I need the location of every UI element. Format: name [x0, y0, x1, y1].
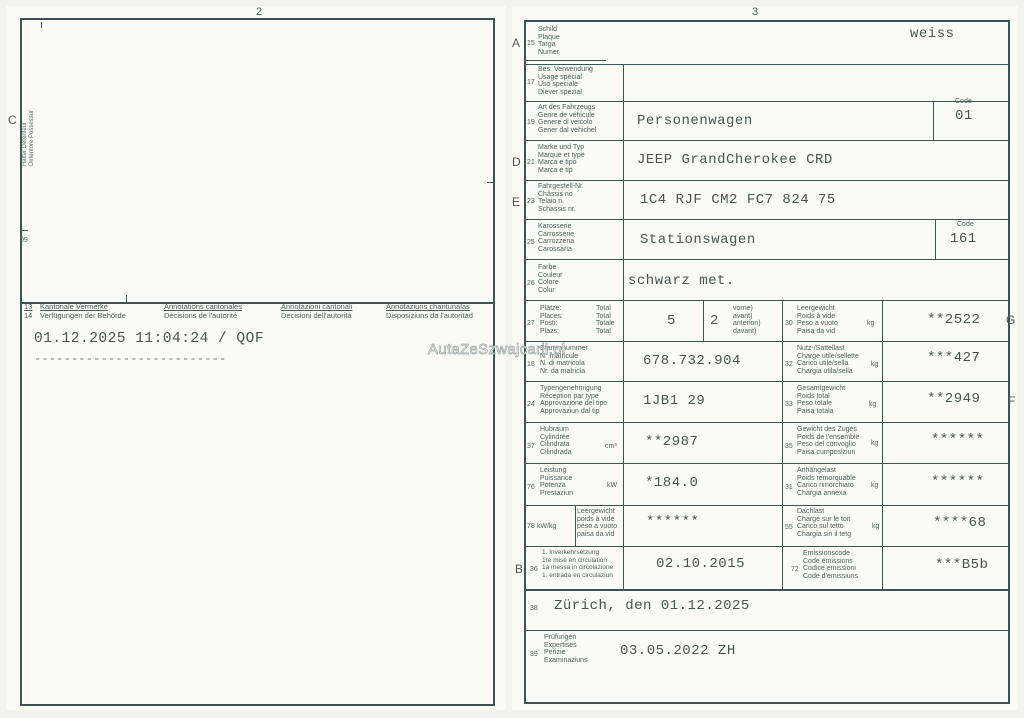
label-line: Plaque [538, 34, 560, 42]
label-line: Diever spezial [538, 89, 593, 97]
row-divider [526, 140, 1008, 141]
field-31-label: Anhängelast Poids remorquable Carico rim… [797, 467, 856, 497]
label-line: Anhängelast [797, 467, 856, 475]
field-33-number: 33 [785, 401, 793, 408]
field-09-label: 09 [20, 237, 28, 244]
make-model-value: JEEP GrandCherokee CRD [637, 152, 833, 168]
label-line: Peso del convoglio [797, 441, 859, 449]
code-label: Code [957, 221, 974, 228]
field-27-label: Plätze: Places: Posti: Plazs: [540, 305, 563, 335]
holder-label-line: Detentore Possessur [29, 110, 36, 166]
label-line: avant) [733, 313, 761, 321]
field-39-label: Prüfungen Expertises Perizie Examinaziun… [544, 634, 588, 664]
label-line: Typengenehmigung [540, 385, 607, 393]
label-line: Charge sur le toit [797, 516, 851, 524]
plate-value: weiss [910, 26, 955, 42]
label-line: Places: [540, 313, 563, 321]
row-divider [526, 180, 1008, 181]
field-26-label: Farbe Couleur Colore Colur [538, 264, 563, 294]
label-line: anterion) [733, 320, 761, 328]
code-column-divider [935, 219, 936, 259]
label-line: Leergewicht [577, 508, 617, 516]
field-13-number: 13 [24, 302, 32, 311]
unit-kw: kW [607, 482, 617, 489]
side-letter-g: G [1006, 313, 1015, 327]
label-line: Dachlast [797, 508, 851, 516]
label-line: Approvaziun dal tip [540, 408, 607, 416]
seats-front-label: vorne) avant) anterion) davant) [733, 305, 761, 335]
notes-field-numbers: 13 14 [24, 302, 32, 320]
notes-col-title: Annotations cantonales [164, 302, 242, 311]
color-value: schwarz met. [628, 273, 735, 289]
label-line: Marca e tipo [538, 159, 585, 167]
label-line: Carico rimorchiato [797, 482, 856, 490]
gross-weight-value: **2949 [927, 391, 980, 407]
label-line: Cilindrada [540, 449, 572, 457]
watermark: AutaZeSzwajcarii.pl [428, 341, 565, 358]
field-78-number: 78 [527, 523, 535, 530]
field-76-label: Leistung Puissance Potenza Prestaziun [540, 467, 573, 497]
label-line: Leistung [540, 467, 573, 475]
field-36-number: 36 [530, 566, 538, 573]
displacement-value: **2987 [645, 434, 698, 450]
payload-value: ***427 [927, 350, 980, 366]
label-line: Total [596, 313, 615, 321]
label-line: Couleur [538, 272, 563, 280]
seats-divider [703, 300, 704, 341]
field-14-number: 14 [24, 311, 32, 320]
unit-kg: kg [871, 482, 878, 489]
label-line: Genere di veicolo [538, 119, 596, 127]
field-78-label: Leergewicht poids à vide peso a vuoto pa… [577, 508, 617, 538]
row-divider [526, 101, 1008, 102]
field-27-total-label: Total Total Totale Total [596, 305, 615, 335]
label-line: Peso totale [797, 400, 845, 408]
label-line: Puissance [540, 475, 573, 483]
field-15-label: Schild Plaque Targa Numer [538, 26, 560, 56]
tick-mark [487, 182, 495, 183]
cantonal-note-dashes: -------------------------- [34, 352, 226, 366]
label-line: Nutz-/Sattellast [797, 345, 859, 353]
label-line: Art des Fahrzeugs [538, 104, 596, 112]
notes-col-de: Kantonale Vermerke Verfügungen der Behör… [40, 302, 126, 320]
field-19-number: 19 [527, 119, 535, 126]
field-17-number: 17 [527, 79, 535, 86]
field-15-number: 15 [527, 40, 535, 47]
row-divider [526, 422, 1008, 423]
combination-weight-value: ****** [931, 432, 984, 448]
field-37-number: 37 [527, 443, 535, 450]
page-number-right: 3 [752, 6, 758, 18]
label-line: Marca e tip [538, 167, 585, 175]
label-line: Cilindrata [540, 441, 572, 449]
label-line: Approvazione del tipo [540, 400, 607, 408]
label-line: Perizie [544, 649, 588, 657]
field-72-number: 72 [791, 566, 799, 573]
field-37-label: Hubraum Cylindrée Cilindrata Cilindrada [540, 426, 572, 456]
field-25-label: Karosserie Carrosserie Carrozzeria Caros… [538, 223, 574, 253]
mid-column-divider [782, 300, 783, 590]
label-line: Expertises [544, 642, 588, 650]
row-divider [526, 505, 1008, 506]
row-divider [526, 341, 1008, 342]
label-line: Code émissions [803, 558, 858, 566]
empty-weight-value: **2522 [927, 312, 980, 328]
label-line: Châssis no [538, 191, 584, 199]
label-line: Charge utile/sellette [797, 353, 859, 361]
field-31-number: 31 [785, 484, 793, 491]
code-label: Code [955, 98, 972, 105]
power-weight-ratio-value: ****** [646, 514, 699, 530]
code-column-divider [933, 101, 934, 140]
label-line: Carossaria [538, 246, 574, 254]
notes-col-subtitle: Verfügungen der Behörde [40, 311, 126, 320]
emission-code-value: ***B5b [935, 557, 988, 573]
label-line: Carico sul tetto [797, 523, 851, 531]
label-line: Emissionscode [803, 550, 858, 558]
label-line: Paisa totala [797, 408, 845, 416]
side-letter-c: C [8, 113, 17, 127]
label-line: Plazs: [540, 328, 563, 336]
field-35-number: 35 [785, 443, 793, 450]
label-line: 1. Inverkehrsetzung [542, 549, 613, 557]
notes-col-title: Kantonale Vermerke [40, 302, 126, 311]
unit-kg: kg [869, 401, 876, 408]
unit-kg: kg [872, 523, 879, 530]
label-line: Schild [538, 26, 560, 34]
field-26-number: 26 [527, 280, 535, 287]
label-line: Colore [538, 279, 563, 287]
side-letter-a: A [512, 36, 520, 50]
row-divider [526, 64, 1008, 65]
field-33-label: Gesamtgewicht Poids total Peso totale Pa… [797, 385, 845, 415]
label-line: Genre de véhicule [538, 112, 596, 120]
field-17-label: Bes. Verwendung Usage spécial Uso specia… [538, 66, 593, 96]
label-line: Chargia sin il tetg [797, 531, 851, 539]
label-line: Usage spécial [538, 74, 593, 82]
inspection-value: 03.05.2022 ZH [620, 643, 736, 659]
row-divider [526, 630, 1008, 631]
field-30-number: 30 [785, 320, 793, 327]
label-line: Targa [538, 41, 560, 49]
label-line: Total [596, 305, 615, 313]
side-letter-b: B [515, 562, 523, 576]
notes-col-title: Annotazioni cantonali [281, 302, 352, 311]
unit-cm3: cm³ [605, 443, 617, 450]
body-type-value: Stationswagen [640, 232, 756, 248]
label-line: Code d'emissiuns [803, 573, 858, 581]
page-number-left: 2 [256, 6, 262, 18]
label-line: paisa da vid [577, 531, 617, 539]
registration-number-value: 678.732.904 [643, 353, 741, 369]
label-line: Paisa da vid [797, 328, 838, 336]
label-line: Hubraum [540, 426, 572, 434]
row-divider [526, 381, 1008, 382]
label-line: Carico utile/sella [797, 360, 859, 368]
field-27-number: 27 [527, 320, 535, 327]
field-32-number: 32 [785, 361, 793, 368]
vehicle-type-value: Personenwagen [637, 113, 753, 129]
field-36-label: 1. Inverkehrsetzung 1re mise en circulat… [542, 549, 613, 579]
label-line: Chargia utila/sella [797, 368, 859, 376]
row-divider [526, 60, 606, 61]
label-line: Marke und Typ [538, 144, 585, 152]
towing-capacity-value: ****** [931, 474, 984, 490]
notes-col-fr: Annotations cantonales Décisions de l'au… [164, 302, 242, 320]
field-25-number: 25 [527, 239, 535, 246]
label-line: N. di matricola [540, 360, 588, 368]
label-line: Chargia annexa [797, 490, 856, 498]
tick-mark [41, 22, 42, 28]
label-line: Potenza [540, 482, 573, 490]
type-approval-value: 1JB1 29 [643, 393, 705, 409]
label-line: Telaio n. [538, 198, 584, 206]
side-letter-f: F [1008, 394, 1015, 408]
field-32-label: Nutz-/Sattellast Charge utile/sellette C… [797, 345, 859, 375]
notes-col-subtitle: Disposiziuns da l'autoritad [386, 311, 473, 320]
field-19-label: Art des Fahrzeugs Genre de véhicule Gene… [538, 104, 596, 134]
label-line: Examinaziuns [544, 657, 588, 665]
label-line: Codice emissioni [803, 565, 858, 573]
label-line: Fahrgestell-Nr. [538, 183, 584, 191]
label-line: Numer [538, 49, 560, 57]
label-line: Plätze: [540, 305, 563, 313]
field-55-number: 55 [785, 524, 793, 531]
vehicle-type-code: 01 [955, 108, 973, 124]
label-line: Cylindrée [540, 434, 572, 442]
unit-kw-kg: kW/kg [537, 523, 556, 530]
label-line: peso a vuoto [577, 523, 617, 531]
label-line: Karosserie [538, 223, 574, 231]
label-line: Bes. Verwendung [538, 66, 593, 74]
row-divider [526, 300, 1008, 301]
notes-col-subtitle: Decisioni dell'autorità [281, 311, 352, 320]
row-divider [526, 546, 1008, 547]
label-line: Peso a vuoto [797, 320, 838, 328]
field-78-divider [575, 505, 576, 546]
field-30-label: Leergewicht Poids à vide Peso a vuoto Pa… [797, 305, 838, 335]
holder-label-line: Halter Détenteur [22, 110, 29, 166]
label-line: Farbe [538, 264, 563, 272]
label-line: Uso speciale [538, 81, 593, 89]
label-line: Gener dal vehichel [538, 127, 596, 135]
right-value-divider [882, 300, 883, 590]
tick-mark [126, 295, 127, 303]
label-line: Leergewicht [797, 305, 838, 313]
label-line: Posti: [540, 320, 563, 328]
row-divider [526, 259, 1008, 260]
label-line: Carrosserie [538, 231, 574, 239]
field-76-number: 76 [527, 484, 535, 491]
seats-total-value: 5 [667, 313, 676, 329]
notes-col-it: Annotazioni cantonali Decisioni dell'aut… [281, 302, 352, 320]
field-39-number: 39 [530, 651, 538, 658]
field-24-number: 24 [527, 401, 535, 408]
label-line: Poids total [797, 393, 845, 401]
label-column-divider [623, 64, 624, 590]
label-line: Colur [538, 287, 563, 295]
label-line: Réception par type [540, 393, 607, 401]
notes-col-rm: Annotaziuns chantunalas Disposiziuns da … [386, 302, 473, 320]
label-line: Marque et type [538, 152, 585, 160]
label-line: 1a messa in circolazione [542, 564, 613, 572]
label-line: Gesamtgewicht [797, 385, 845, 393]
field-38-number: 38 [530, 605, 538, 612]
label-line: Totale [596, 320, 615, 328]
unit-kg: kg [871, 440, 878, 447]
field-21-number: 21 [527, 159, 535, 166]
row-divider [526, 463, 1008, 464]
label-line: Schassis nr. [538, 206, 584, 214]
label-line: poids à vide [577, 516, 617, 524]
label-line: Poids à vide [797, 313, 838, 321]
field-23-label: Fahrgestell-Nr. Châssis no Telaio n. Sch… [538, 183, 584, 213]
field-21-label: Marke und Typ Marque et type Marca e tip… [538, 144, 585, 174]
label-line: vorne) [733, 305, 761, 313]
label-line: Total [596, 328, 615, 336]
field-24-label: Typengenehmigung Réception par type Appr… [540, 385, 607, 415]
holder-label: Halter Détenteur Detentore Possessur [22, 110, 42, 166]
label-line: Prestaziun [540, 490, 573, 498]
label-line: 1. entrada en circulaziun [542, 572, 613, 580]
notes-col-title: Annotaziuns chantunalas [386, 302, 473, 311]
unit-kg: kg [871, 361, 878, 368]
label-line: Poids remorquable [797, 475, 856, 483]
notes-col-subtitle: Décisions de l'autorité [164, 311, 242, 320]
field-18-number: 18 [527, 361, 535, 368]
issue-place-date-value: Zürich, den 01.12.2025 [554, 598, 750, 614]
field-72-label: Emissionscode Code émissions Codice emis… [803, 550, 858, 580]
label-line: 1re mise en circulation [542, 557, 613, 565]
side-letter-e: E [512, 195, 520, 209]
roof-load-value: ****68 [933, 515, 986, 531]
label-line: davant) [733, 328, 761, 336]
chassis-number-value: 1C4 RJF CM2 FC7 824 75 [640, 192, 836, 208]
first-registration-value: 02.10.2015 [656, 556, 745, 572]
label-line: Gewicht des Zuges [797, 426, 859, 434]
tick-mark [20, 230, 28, 231]
power-value: *184.0 [645, 475, 698, 491]
label-line: Paisa cumposiziun [797, 449, 859, 457]
side-letter-d: D [512, 155, 521, 169]
body-type-code: 161 [950, 231, 977, 247]
seats-front-value: 2 [710, 313, 719, 329]
label-line: Nr. da matricla [540, 368, 588, 376]
label-line: Prüfungen [544, 634, 588, 642]
label-line: Poids de l'ensemble [797, 434, 859, 442]
label-line: Carrozzeria [538, 238, 574, 246]
field-55-label: Dachlast Charge sur le toit Carico sul t… [797, 508, 851, 538]
cantonal-note-entry: 01.12.2025 11:04:24 / QOF [34, 331, 264, 347]
unit-kg: kg [867, 320, 874, 327]
field-35-label: Gewicht des Zuges Poids de l'ensemble Pe… [797, 426, 859, 456]
field-23-number: 23 [527, 198, 535, 205]
row-divider [526, 589, 1008, 591]
